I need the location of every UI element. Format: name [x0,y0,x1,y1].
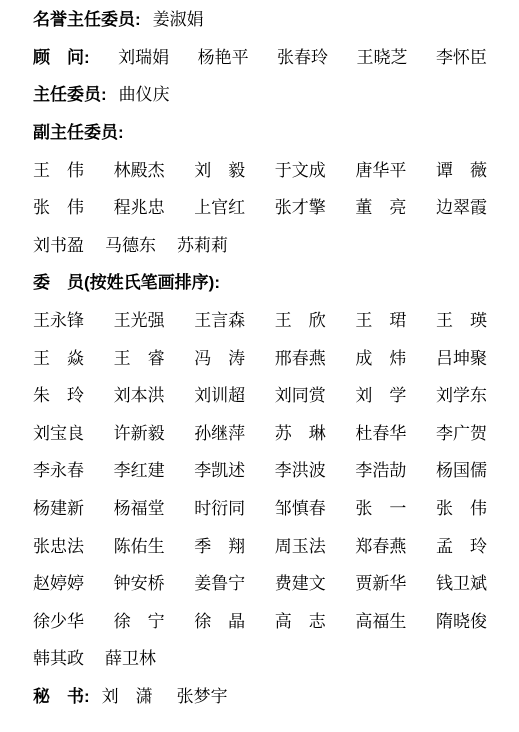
person-name: 苏莉莉 [177,237,228,254]
person-name: 张 一 [355,500,406,517]
person-name: 成 炜 [355,350,406,367]
person-name: 杨国儒 [436,462,487,479]
person-name: 谭 薇 [436,162,487,179]
person-name: 郑春燕 [355,538,406,555]
person-name: 徐少华 [33,613,84,630]
section-label: 副主任委员: [33,124,124,141]
person-name: 张 伟 [436,500,487,517]
person-name: 钱卫斌 [436,575,487,592]
person-name: 许新毅 [114,425,165,442]
person-name: 王晓芝 [356,49,407,66]
person-name: 杨建新 [33,500,84,517]
person-name: 李浩劼 [355,462,406,479]
committee-roster-document: 名誉主任委员:姜淑娟顾 问:刘瑞娟杨艳平张春玲王晓芝李怀臣主任委员:曲仪庆副主任… [0,0,519,732]
person-name: 吕坤聚 [436,350,487,367]
person-name: 周玉法 [275,538,326,555]
person-name: 张春玲 [277,49,328,66]
names-row: 徐少华徐 宁徐 晶高 志高福生隋晓俊 [33,603,487,641]
person-name: 李永春 [33,462,84,479]
person-name: 张忠法 [33,538,84,555]
names-row: 赵婷婷钟安桥姜鲁宁费建文贾新华钱卫斌 [33,565,487,603]
person-name: 苏 琳 [275,425,326,442]
names-row: 朱 玲刘本洪刘训超刘同赏刘 学刘学东 [33,377,487,415]
person-name: 薛卫林 [105,650,156,667]
names-row: 王 伟林殿杰刘 毅于文成唐华平谭 薇 [33,151,487,189]
person-name: 杜春华 [355,425,406,442]
names-row: 张忠法陈佑生季 翔周玉法郑春燕孟 玲 [33,527,487,565]
section-line: 名誉主任委员:姜淑娟 [33,1,487,39]
section-label: 秘 书: [33,688,90,705]
person-name: 边翠霞 [436,199,487,216]
person-name: 杨艳平 [198,49,249,66]
person-name: 陈佑生 [114,538,165,555]
person-name: 李红建 [114,462,165,479]
person-name: 刘训超 [194,387,245,404]
person-name: 李洪波 [275,462,326,479]
person-name: 唐华平 [355,162,406,179]
names-row: 王 焱王 睿冯 涛邢春燕成 炜吕坤聚 [33,339,487,377]
person-name: 高福生 [355,613,406,630]
names-row: 李永春李红建李凯述李洪波李浩劼杨国儒 [33,452,487,490]
person-name: 于文成 [275,162,326,179]
section-label: 名誉主任委员: [33,11,141,28]
person-name: 刘瑞娟 [118,49,169,66]
person-name: 隋晓俊 [436,613,487,630]
person-name: 李广贺 [436,425,487,442]
names-row: 韩其政薛卫林 [33,640,487,678]
person-name: 刘宝良 [33,425,84,442]
person-name: 董 亮 [355,199,406,216]
person-name: 张梦宇 [177,688,228,705]
names-row: 刘书盈马德东苏莉莉 [33,227,487,265]
person-name: 刘 潇 [102,688,153,705]
person-name: 上官红 [194,199,245,216]
section-label: 主任委员: [33,86,107,103]
section-line: 委 员(按姓氏笔画排序): [33,264,487,302]
person-name: 钟安桥 [114,575,165,592]
person-name: 刘 学 [355,387,406,404]
person-name: 王 睿 [114,350,165,367]
person-name: 王 瑛 [436,312,487,329]
person-name: 孙继萍 [194,425,245,442]
person-name: 曲仪庆 [119,86,170,103]
person-name: 韩其政 [33,650,84,667]
person-name: 王光强 [114,312,165,329]
person-name: 徐 宁 [114,613,165,630]
person-name: 李怀臣 [436,49,487,66]
names-row: 王永锋王光强王言森王 欣王 珺王 瑛 [33,302,487,340]
person-name: 刘 毅 [194,162,245,179]
person-name: 林殿杰 [114,162,165,179]
person-name: 王言森 [194,312,245,329]
names-row: 张 伟程兆忠上官红张才擎董 亮边翠霞 [33,189,487,227]
person-name: 季 翔 [194,538,245,555]
person-name: 张 伟 [33,199,84,216]
person-name: 孟 玲 [436,538,487,555]
person-name: 邹慎春 [275,500,326,517]
section-line: 顾 问:刘瑞娟杨艳平张春玲王晓芝李怀臣 [33,39,487,77]
person-name: 费建文 [275,575,326,592]
person-name: 姜鲁宁 [194,575,245,592]
person-name: 贾新华 [355,575,406,592]
person-name: 马德东 [105,237,156,254]
person-name: 李凯述 [194,462,245,479]
names-row: 杨建新杨福堂时衍同邹慎春张 一张 伟 [33,490,487,528]
person-name: 刘本洪 [114,387,165,404]
person-name: 王 欣 [275,312,326,329]
person-name: 姜淑娟 [153,11,204,28]
names-row: 刘宝良许新毅孙继萍苏 琳杜春华李广贺 [33,415,487,453]
section-label: 委 员(按姓氏笔画排序): [33,274,220,291]
person-name: 朱 玲 [33,387,84,404]
person-name: 邢春燕 [275,350,326,367]
person-name: 王 伟 [33,162,84,179]
person-name: 赵婷婷 [33,575,84,592]
person-name: 张才擎 [275,199,326,216]
person-name: 杨福堂 [114,500,165,517]
section-label: 顾 问: [33,49,90,66]
person-name: 王永锋 [33,312,84,329]
person-name: 刘学东 [436,387,487,404]
section-line: 秘 书:刘 潇张梦宇 [33,678,487,716]
person-name: 高 志 [275,613,326,630]
roster-lines: 名誉主任委员:姜淑娟顾 问:刘瑞娟杨艳平张春玲王晓芝李怀臣主任委员:曲仪庆副主任… [33,1,487,715]
person-name: 时衍同 [194,500,245,517]
person-name: 王 焱 [33,350,84,367]
person-name: 王 珺 [355,312,406,329]
person-name: 冯 涛 [194,350,245,367]
person-name: 程兆忠 [114,199,165,216]
section-line: 副主任委员: [33,114,487,152]
section-line: 主任委员:曲仪庆 [33,76,487,114]
person-name: 刘同赏 [275,387,326,404]
person-name: 刘书盈 [33,237,84,254]
person-name: 徐 晶 [194,613,245,630]
